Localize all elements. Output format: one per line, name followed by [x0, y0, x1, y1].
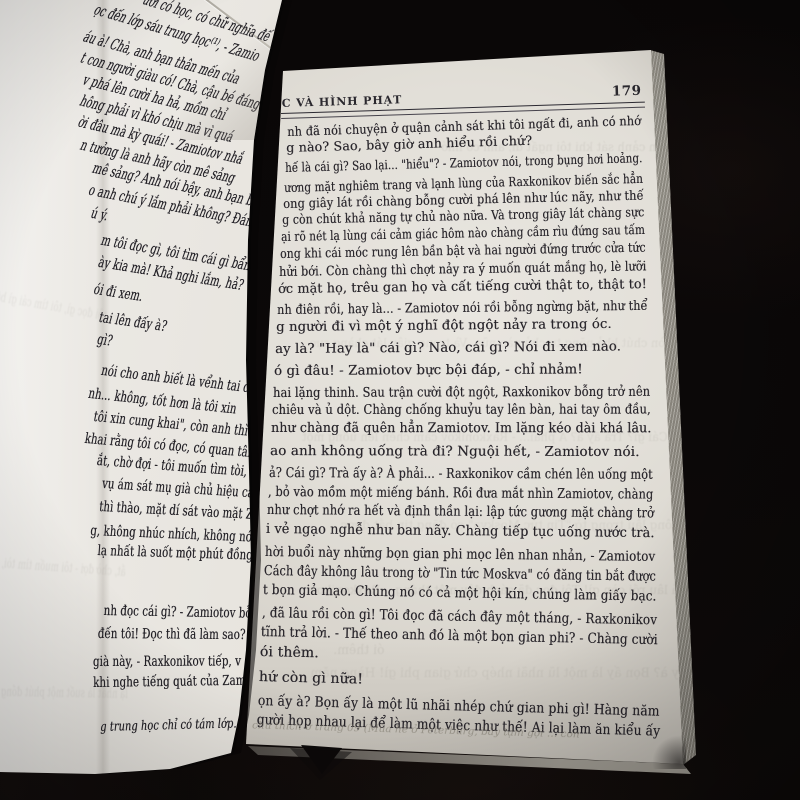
left-page-line: ói đi xem.	[92, 283, 145, 305]
right-page-line: chiêu và ủ dột. Chàng chống khuỷu tay lê…	[272, 404, 651, 418]
right-page-line: g người đi vì một ý nghĩ đột ngột nảy ra…	[276, 318, 612, 334]
right-page-line: hế là cái gì? Sao lại... "hiểu"? - Zamio…	[285, 152, 642, 174]
right-page-line: ao anh không uống trà đi? Nguội hết, - Z…	[270, 445, 640, 459]
left-page-line: đến tôi! Đọc thì đã làm sao?	[98, 627, 246, 642]
right-page-line: ó gì đâu! - Zamiotov bực bội đáp, - chỉ …	[274, 363, 583, 378]
right-page-line: hời buổi này những bọn gian phi mọc lên …	[265, 546, 655, 565]
right-page-line: hửi bới. Còn chàng thì chợt nảy ra ý muố…	[279, 260, 646, 279]
ghost-line: ói thêm.	[333, 644, 384, 657]
right-page-line: , bỏ vào mồm một miếng bánh. Rồi đưa mắt…	[268, 486, 653, 502]
left-page-line: gì?	[95, 333, 114, 349]
left-page-line: già này, - Raxkonikov tiếp, v	[93, 654, 241, 669]
left-page-line: g, không nhúc nhích, không nó	[90, 524, 253, 545]
right-page-line: tĩnh trả lời. - Thế theo anh đó là một b…	[261, 626, 658, 648]
left-page-footnote: g trung học chỉ có tám lớp.	[100, 718, 237, 735]
left-page-line: ú ý.	[89, 206, 111, 223]
ghost-line: lạ nhất là suốt một phút đồng h	[0, 686, 128, 701]
left-page-line: vụ ám sát mụ già chủ hiệu cầm	[101, 477, 264, 501]
right-page-line: ói thêm.	[260, 646, 319, 661]
page-curl-crease	[197, 0, 275, 51]
right-page-line: ớc mặt họ, trêu gan họ và cất tiếng cười…	[278, 278, 647, 296]
ghost-line: ả? Cái gì? Trà ấy à? À phải... - Raxkoni…	[302, 431, 684, 443]
left-page-line: nh đọc cái gì? - Zamiotov bỗng	[103, 604, 265, 621]
ghost-line: , đã lâu rồi còn gì! Tôi đọc đã cách đây…	[310, 584, 694, 597]
header-page-number: 179	[612, 83, 642, 100]
ghost-line: ọn ấy à? Bọn ấy là một lũ nhãi nhép chứ …	[310, 667, 705, 680]
right-page-line: hai lặng thinh. Sau trận cười đột ngột, …	[273, 385, 650, 400]
header-title: C VÀ HÌNH PHẠT	[282, 93, 403, 110]
ghost-line: nh đã nói chuyện ở quận cảnh sát khi tôi…	[441, 141, 791, 153]
ghost-line: ắt, chờ đợi - tôi muốn tìm tòi,	[1, 557, 126, 579]
ghost-line: g còn chút khả năng tự chủ nào nữa. Và t…	[310, 337, 683, 349]
book-photo-scene: C VÀ HÌNH PHẠT 179 nh đã nói chuyện ở qu…	[0, 0, 800, 800]
right-page-line: nh điên rồi, hay là... - Zamiotov nói rồ…	[277, 300, 648, 317]
left-page-line: lạ nhất là suốt một phút đồng h	[97, 544, 263, 563]
left-page-line: thì thào, mặt dí sát vào mặt Za	[98, 500, 259, 522]
right-page-line: ong khi cái móc rung lên bần bật và hai …	[280, 242, 646, 261]
right-page-line: ả? Cái gì? Trà ấy à? À phải... - Raxkoni…	[269, 467, 653, 482]
corner-shadow	[652, 735, 686, 769]
